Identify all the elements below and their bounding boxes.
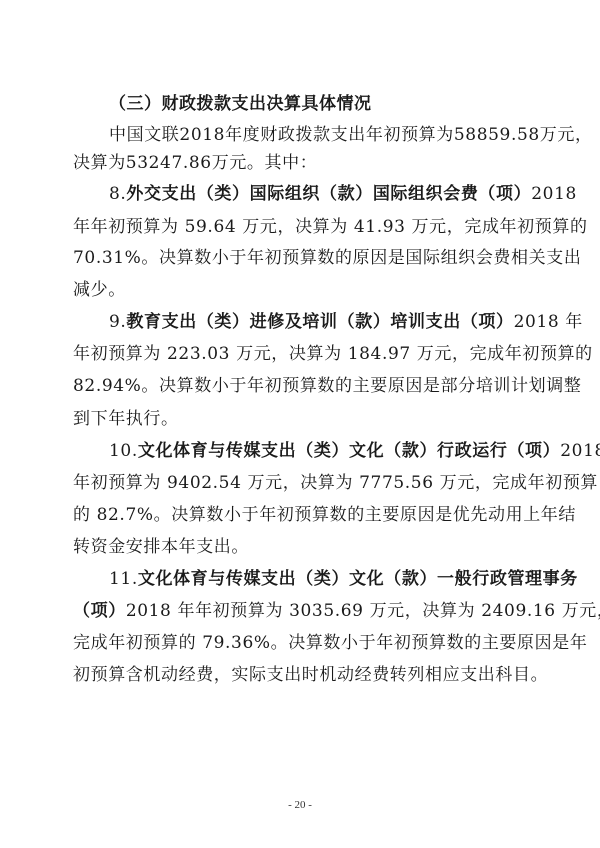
item-10-title: 文化体育与传媒支出（类）文化（款）行政运行（项） (138, 441, 560, 461)
section-heading: （三）财政拨款支出决算具体情况 (109, 94, 529, 114)
item-8-title: 外交支出（类）国际组织（款）国际组织会费（项） (126, 184, 531, 204)
intro-line-1: 中国文联2018年度财政拨款支出年初预算为58859.58万元， (109, 125, 529, 145)
item-11-line-3: 完成年初预算的 79.36%。决算数小于年初预算数的主要原因是年 (73, 633, 529, 653)
item-9-line-3: 82.94%。决算数小于年初预算数的主要原因是部分培训计划调整 (73, 376, 529, 396)
item-8-text-0: 2018 (531, 184, 577, 204)
item-8-line-4: 减少。 (73, 280, 529, 300)
item-8-line-2: 年年初预算为 59.64 万元，决算为 41.93 万元，完成年初预算的 (73, 217, 529, 237)
item-9-line-4: 到下年执行。 (73, 409, 529, 429)
intro-line-2: 决算为53247.86万元。其中： (73, 153, 529, 173)
item-11-first-line: 11.文化体育与传媒支出（类）文化（款）一般行政管理事务 (109, 569, 529, 589)
item-10-line-3: 的 82.7%。决算数小于年初预算数的主要原因是优先动用上年结 (73, 505, 529, 525)
item-10-line-4: 转资金安排本年支出。 (73, 537, 529, 557)
item-11-line-2: （项）2018 年年初预算为 3035.69 万元，决算为 2409.16 万元… (73, 601, 529, 621)
item-10-number: 10. (109, 441, 138, 461)
item-8-number: 8. (109, 184, 126, 204)
item-9-number: 9. (109, 312, 126, 332)
item-10-first-line: 10.文化体育与传媒支出（类）文化（款）行政运行（项）2018 (109, 441, 529, 461)
document-page: （三）财政拨款支出决算具体情况 中国文联2018年度财政拨款支出年初预算为588… (0, 0, 600, 848)
item-8-first-line: 8.外交支出（类）国际组织（款）国际组织会费（项）2018 (109, 184, 529, 204)
item-9-line-2: 年初预算为 223.03 万元，决算为 184.97 万元，完成年初预算的 (73, 344, 529, 364)
item-10-line-2: 年初预算为 9402.54 万元，决算为 7775.56 万元，完成年初预算 (73, 473, 529, 493)
item-11-title: 文化体育与传媒支出（类）文化（款）一般行政管理事务 (138, 569, 578, 589)
item-9-title: 教育支出（类）进修及培训（款）培训支出（项） (126, 312, 513, 332)
item-9-first-line: 9.教育支出（类）进修及培训（款）培训支出（项）2018 年 (109, 312, 529, 332)
item-11-text-0: 2018 年年初预算为 3035.69 万元，决算为 2409.16 万元， (126, 601, 600, 621)
item-10-text-0: 2018 (560, 441, 600, 461)
page-number: - 20 - (0, 799, 600, 811)
item-11-line-4: 初预算含机动经费，实际支出时机动经费转列相应支出科目。 (73, 665, 529, 685)
item-11-title-cont: （项） (73, 601, 126, 621)
item-8-line-3: 70.31%。决算数小于年初预算数的原因是国际组织会费相关支出 (73, 248, 529, 268)
item-11-number: 11. (109, 569, 138, 589)
item-9-text-0: 2018 年 (514, 312, 583, 332)
